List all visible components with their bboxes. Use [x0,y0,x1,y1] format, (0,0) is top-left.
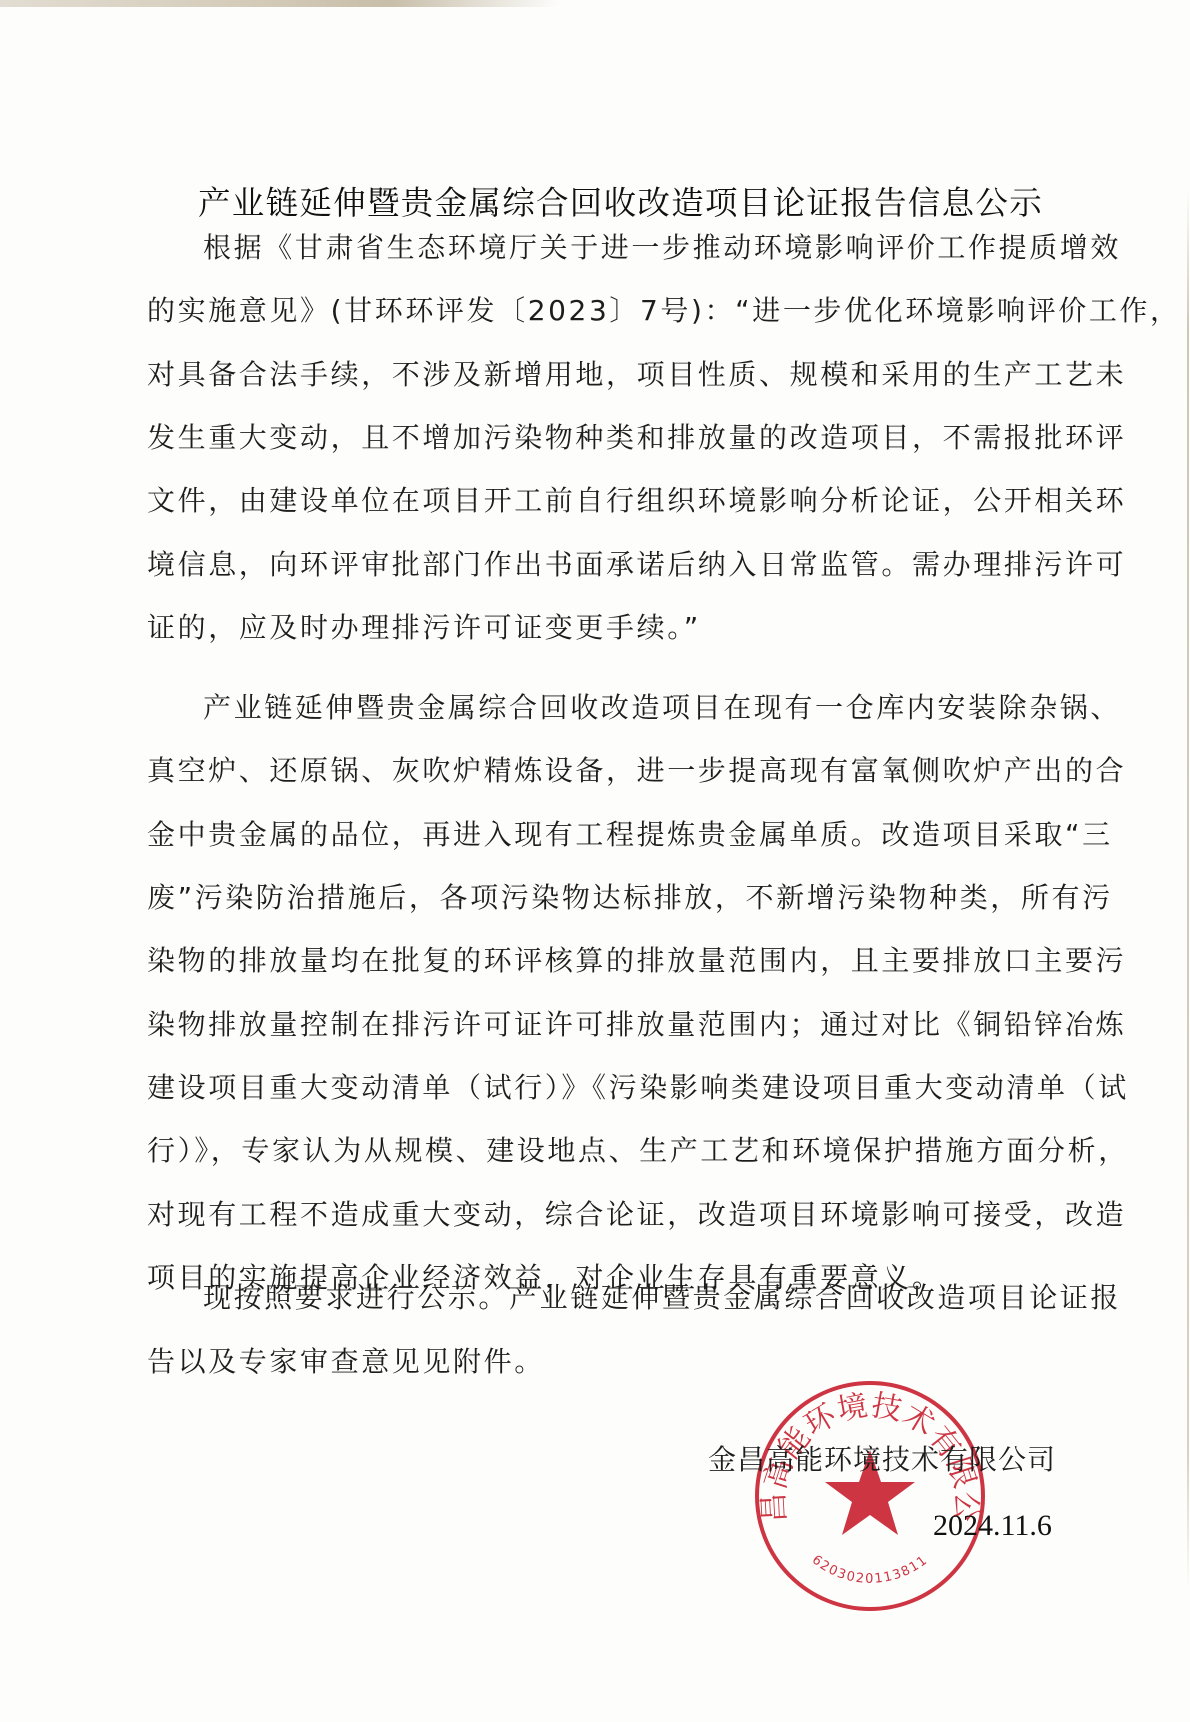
text-line: 产业链延伸暨贵金属综合回收改造项目在现有一仓库内安装除杂锅、 [203,688,1121,728]
official-seal-icon: 金昌高能环境技术有限公司 6203020113811 [752,1378,988,1614]
text-line: 染物的排放量均在批复的环评核算的排放量范围内，且主要排放口主要污 [147,941,1126,981]
text-line: 告以及专家审查意见见附件。 [147,1342,545,1382]
text-line: 废”污染防治措施后，各项污染物达标排放，不新增污染物种类，所有污 [147,878,1113,918]
text-line: 的实施意见》(甘环环评发〔2023〕7号)：“进一步优化环境影响评价工作， [147,291,1181,331]
scan-edge-shadow [0,0,560,7]
text-line: 对现有工程不造成重大变动，综合论证，改造项目环境影响可接受，改造 [147,1195,1126,1235]
text-line: 文件，由建设单位在项目开工前自行组织环境影响分析论证，公开相关环 [147,481,1126,521]
text-line: 证的，应及时办理排污许可证变更手续。” [147,608,701,648]
text-line: 对具备合法手续，不涉及新增用地，项目性质、规模和采用的生产工艺未 [147,355,1126,395]
svg-text:6203020113811: 6203020113811 [809,1553,931,1587]
signature-company: 金昌高能环境技术有限公司 [708,1440,1056,1480]
text-line: 金中贵金属的品位，再进入现有工程提炼贵金属单质。改造项目采取“三 [147,815,1113,855]
document-title: 产业链延伸暨贵金属综合回收改造项目论证报告信息公示 [198,183,1028,223]
text-line: 境信息，向环评审批部门作出书面承诺后纳入日常监管。需办理排污许可 [147,545,1126,585]
text-line: 行）》，专家认为从规模、建设地点、生产工艺和环境保护措施方面分析， [147,1131,1129,1171]
text-line: 建设项目重大变动清单（试行）》《污染影响类建设项目重大变动清单（试 [147,1068,1129,1108]
page-edge [1187,190,1189,1590]
text-line: 现按照要求进行公示。产业链延伸暨贵金属综合回收改造项目论证报 [203,1278,1121,1318]
text-line: 真空炉、还原锅、灰吹炉精炼设备，进一步提高现有富氧侧吹炉产出的合 [147,751,1126,791]
text-line: 发生重大变动，且不增加污染物种类和排放量的改造项目，不需报批环评 [147,418,1126,458]
text-line: 染物排放量控制在排污许可证许可排放量范围内；通过对比《铜铅锌冶炼 [147,1005,1126,1045]
text-line: 根据《甘肃省生态环境厅关于进一步推动环境影响评价工作提质增效 [203,228,1121,268]
signature-date: 2024.11.6 [933,1506,1052,1546]
